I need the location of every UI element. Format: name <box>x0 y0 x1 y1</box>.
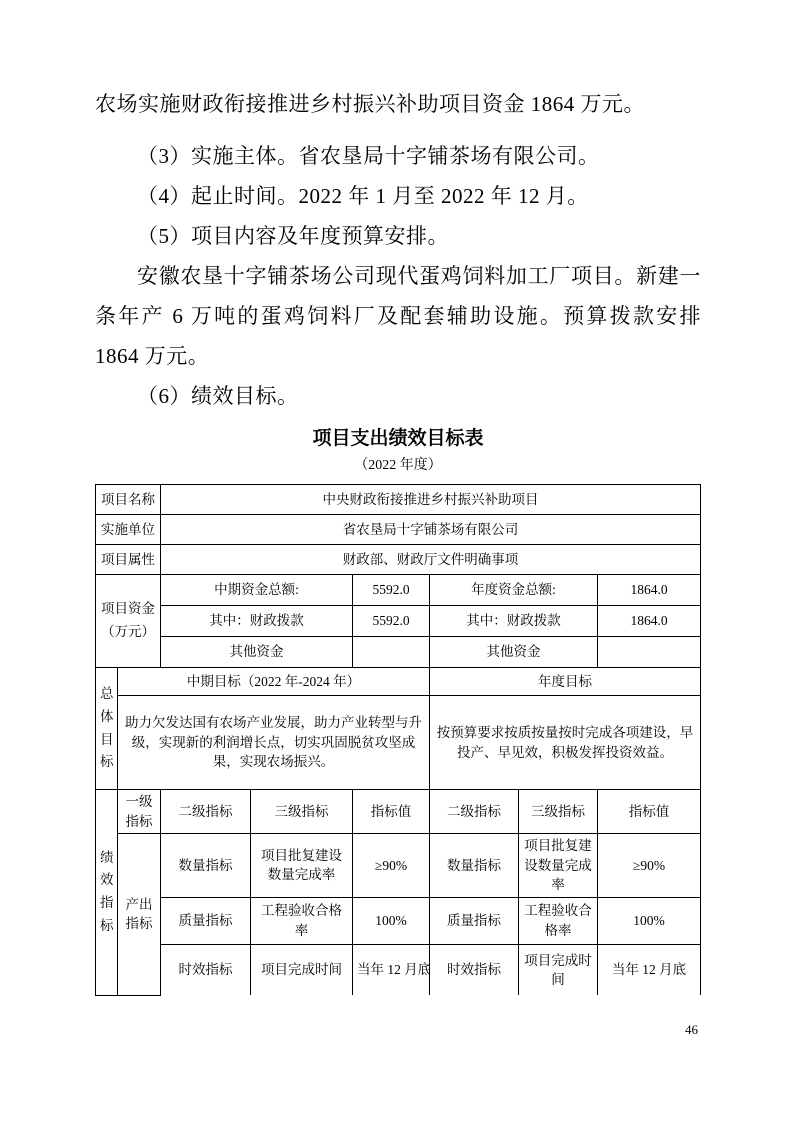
quality-indicator-value: 100% <box>353 897 430 944</box>
timeliness-indicator-value-annual: 当年 12 月底 <box>598 944 701 995</box>
implementing-unit-label: 实施单位 <box>96 515 161 545</box>
table-row: 其他资金 其他资金 <box>96 637 701 668</box>
paragraph-project-description: 安徽农垦十字铺茶场公司现代蛋鸡饲料加工厂项目。新建一条年产 6 万吨的蛋鸡饲料厂… <box>95 256 701 376</box>
annual-goal-header: 年度目标 <box>430 668 701 696</box>
quantity-indicator-label-annual: 数量指标 <box>430 834 519 898</box>
header-level3-annual: 三级指标 <box>519 790 598 834</box>
performance-target-table: 项目名称 中央财政衔接推进乡村振兴补助项目 实施单位 省农垦局十字铺茶场有限公司… <box>95 484 701 996</box>
quality-indicator-name: 工程验收合格率 <box>251 897 353 944</box>
project-name-label: 项目名称 <box>96 485 161 515</box>
quality-indicator-label-annual: 质量指标 <box>430 897 519 944</box>
mid-goal-header: 中期目标（2022 年-2024 年） <box>118 668 430 696</box>
annual-total-value: 1864.0 <box>598 575 701 606</box>
mid-other-label: 其他资金 <box>161 637 353 668</box>
page-content: 农场实施财政衔接推进乡村振兴补助项目资金 1864 万元。 （3）实施主体。省农… <box>95 84 701 996</box>
mid-other-value <box>353 637 430 668</box>
table-row: 项目名称 中央财政衔接推进乡村振兴补助项目 <box>96 485 701 515</box>
table-row: 其中：财政拨款 5592.0 其中：财政拨款 1864.0 <box>96 606 701 637</box>
paragraph-item-4: （4）起止时间。2022 年 1 月至 2022 年 12 月。 <box>95 176 701 216</box>
project-attribute-label: 项目属性 <box>96 545 161 575</box>
quantity-indicator-value: ≥90% <box>353 834 430 898</box>
table-row: 助力欠发达国有农场产业发展，助力产业转型与升级，实现新的利润增长点，切实巩固脱贫… <box>96 696 701 790</box>
overall-goal-label: 总体目标 <box>96 668 118 790</box>
table-row: 项目资金（万元） 中期资金总额: 5592.0 年度资金总额: 1864.0 <box>96 575 701 606</box>
timeliness-indicator-name-annual: 项目完成时间 <box>519 944 598 995</box>
table-row: 时效指标 项目完成时间 当年 12 月底 时效指标 项目完成时间 当年 12 月… <box>96 944 701 995</box>
paragraph-continuation: 农场实施财政衔接推进乡村振兴补助项目资金 1864 万元。 <box>95 84 701 124</box>
annual-total-label: 年度资金总额: <box>430 575 598 606</box>
mid-goal-text: 助力欠发达国有农场产业发展，助力产业转型与升级，实现新的利润增长点，切实巩固脱贫… <box>118 696 430 790</box>
quantity-indicator-label: 数量指标 <box>161 834 251 898</box>
page-number: 46 <box>685 1022 698 1038</box>
output-indicator-group-label: 产出指标 <box>118 834 161 996</box>
mid-fiscal-value: 5592.0 <box>353 606 430 637</box>
paragraph-item-3: （3）实施主体。省农垦局十字铺茶场有限公司。 <box>95 136 701 176</box>
implementing-unit-value: 省农垦局十字铺茶场有限公司 <box>161 515 701 545</box>
paragraph-item-6: （6）绩效目标。 <box>95 376 701 416</box>
annual-other-label: 其他资金 <box>430 637 598 668</box>
header-level2: 二级指标 <box>161 790 251 834</box>
performance-indicator-label: 绩效指标 <box>96 790 118 996</box>
header-value-annual: 指标值 <box>598 790 701 834</box>
timeliness-indicator-value: 当年 12 月底 <box>353 944 430 995</box>
header-level3: 三级指标 <box>251 790 353 834</box>
project-attribute-value: 财政部、财政厅文件明确事项 <box>161 545 701 575</box>
quantity-indicator-name: 项目批复建设数量完成率 <box>251 834 353 898</box>
annual-fiscal-label: 其中：财政拨款 <box>430 606 598 637</box>
quality-indicator-value-annual: 100% <box>598 897 701 944</box>
table-row: 绩效指标 一级指标 二级指标 三级指标 指标值 二级指标 三级指标 指标值 <box>96 790 701 834</box>
project-name-value: 中央财政衔接推进乡村振兴补助项目 <box>161 485 701 515</box>
project-funds-label: 项目资金（万元） <box>96 575 161 668</box>
quality-indicator-name-annual: 工程验收合格率 <box>519 897 598 944</box>
table-title: 项目支出绩效目标表 <box>95 426 701 452</box>
table-row: 实施单位 省农垦局十字铺茶场有限公司 <box>96 515 701 545</box>
mid-total-value: 5592.0 <box>353 575 430 606</box>
table-row: 总体目标 中期目标（2022 年-2024 年） 年度目标 <box>96 668 701 696</box>
timeliness-indicator-label: 时效指标 <box>161 944 251 995</box>
annual-fiscal-value: 1864.0 <box>598 606 701 637</box>
annual-goal-text: 按预算要求按质按量按时完成各项建设，早投产、早见效，积极发挥投资效益。 <box>430 696 701 790</box>
mid-fiscal-label: 其中：财政拨款 <box>161 606 353 637</box>
quantity-indicator-value-annual: ≥90% <box>598 834 701 898</box>
header-level1: 一级指标 <box>118 790 161 834</box>
document-page: 农场实施财政衔接推进乡村振兴补助项目资金 1864 万元。 （3）实施主体。省农… <box>0 0 794 1122</box>
timeliness-indicator-name: 项目完成时间 <box>251 944 353 995</box>
header-level2-annual: 二级指标 <box>430 790 519 834</box>
quantity-indicator-name-annual: 项目批复建设数量完成率 <box>519 834 598 898</box>
table-row: 质量指标 工程验收合格率 100% 质量指标 工程验收合格率 100% <box>96 897 701 944</box>
table-row: 产出指标 数量指标 项目批复建设数量完成率 ≥90% 数量指标 项目批复建设数量… <box>96 834 701 898</box>
table-subtitle: （2022 年度） <box>95 456 701 476</box>
quality-indicator-label: 质量指标 <box>161 897 251 944</box>
table-row: 项目属性 财政部、财政厅文件明确事项 <box>96 545 701 575</box>
paragraph-item-5: （5）项目内容及年度预算安排。 <box>95 216 701 256</box>
annual-other-value <box>598 637 701 668</box>
header-value: 指标值 <box>353 790 430 834</box>
mid-total-label: 中期资金总额: <box>161 575 353 606</box>
timeliness-indicator-label-annual: 时效指标 <box>430 944 519 995</box>
